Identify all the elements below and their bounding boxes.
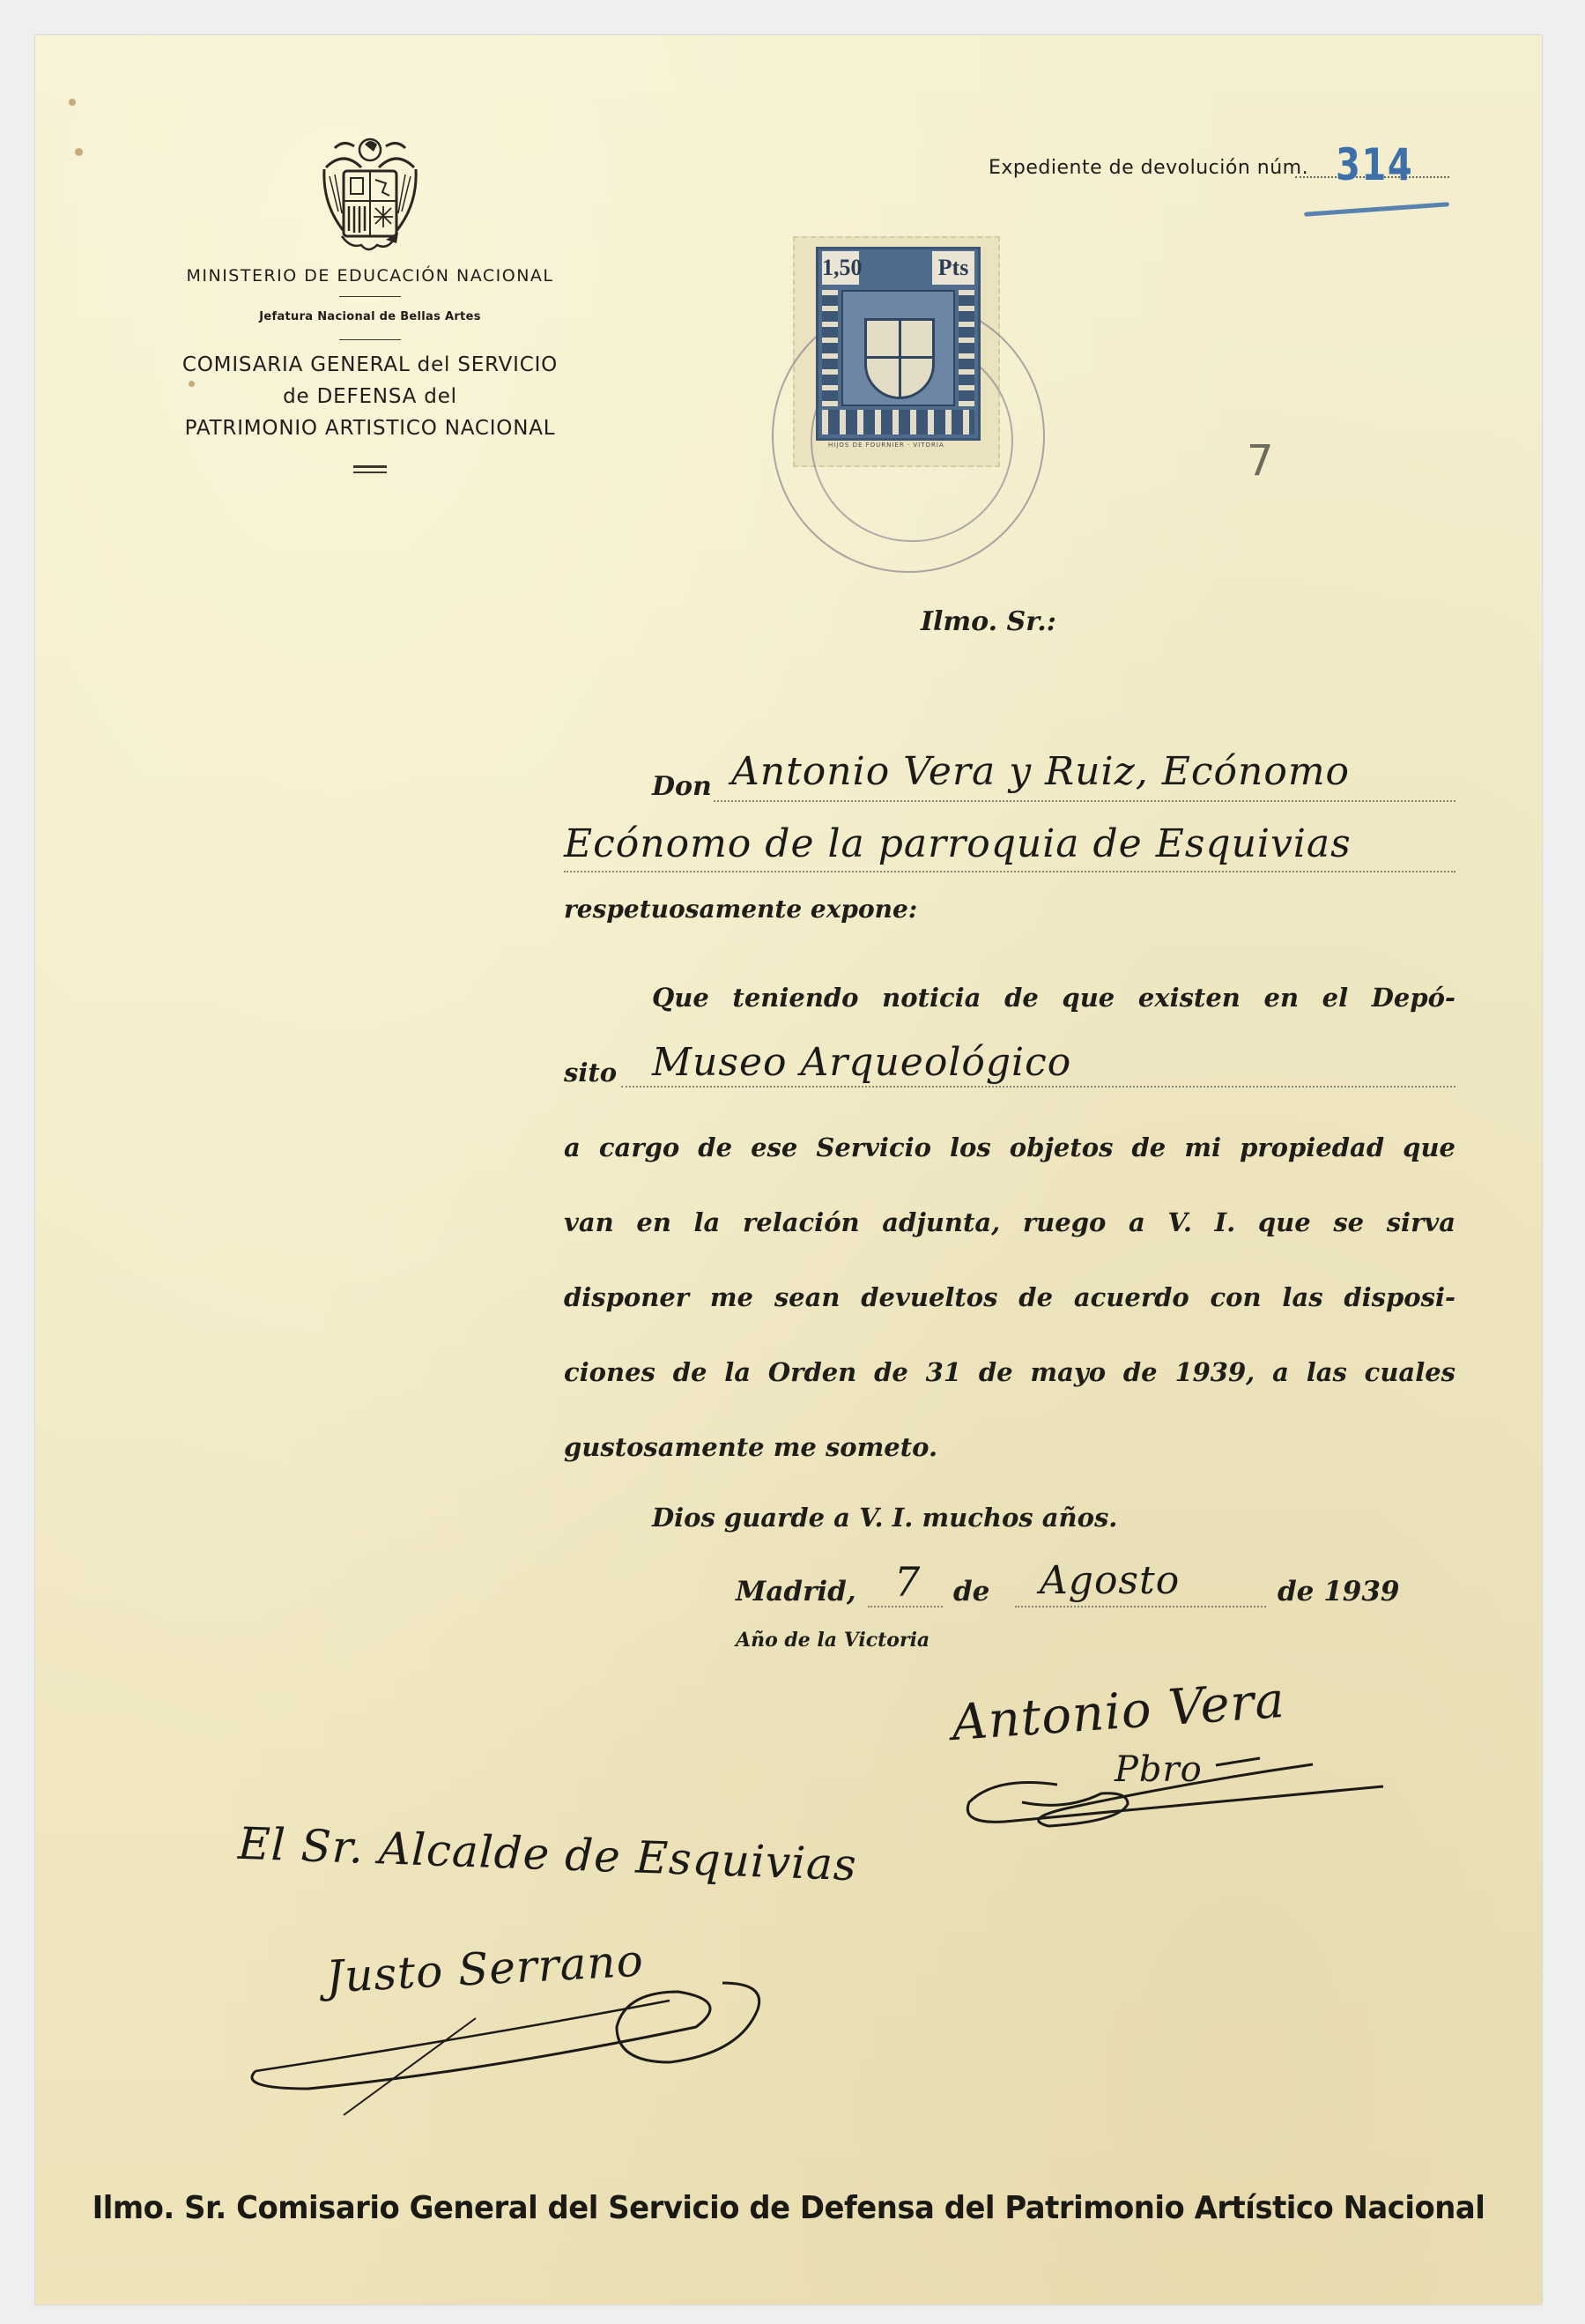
month-handwritten[interactable]: Agosto xyxy=(1040,1558,1180,1603)
blue-underline-mark xyxy=(1304,202,1449,216)
annotation-flourish xyxy=(238,1974,802,2115)
stamp-ornament xyxy=(822,290,838,406)
deposito-field-line xyxy=(621,1086,1455,1088)
date-era: Año de la Victoria xyxy=(736,1629,930,1652)
date-city: Madrid, xyxy=(736,1576,856,1607)
document-page: MINISTERIO DE EDUCACIÓN NACIONAL Jefatur… xyxy=(35,35,1542,2305)
stain xyxy=(75,148,83,156)
comisaria-line-3: PATRIMONIO ARTISTICO NACIONAL xyxy=(159,412,581,444)
stamp-value: 1,50 xyxy=(822,251,859,285)
stamp-ornament xyxy=(959,290,974,406)
paragraph-line-1: Que teniendo noticia de que existen en e… xyxy=(652,983,1455,1013)
letterhead-comisaria: COMISARIA GENERAL del SERVICIO de DEFENS… xyxy=(159,349,581,444)
annotation-addressee: El Sr. Alcalde de Esquivias xyxy=(237,1818,857,1890)
expone-text: respetuosamente expone: xyxy=(564,895,917,924)
shield-icon xyxy=(864,318,935,399)
stamp-printer: HIJOS DE FOURNIER · VITORIA xyxy=(828,442,944,449)
paragraph-line-3: a cargo de ese Servicio los objetos de m… xyxy=(564,1132,1455,1162)
salutation: Ilmo. Sr.: xyxy=(921,606,1056,637)
paragraph-line-6: ciones de la Orden de 31 de mayo de 1939… xyxy=(564,1357,1455,1387)
coat-of-arms-eagle-icon xyxy=(317,132,423,256)
fiscal-stamp: 1,50 Pts xyxy=(816,247,981,441)
stamp-center xyxy=(841,290,955,406)
stamp-ornament xyxy=(822,410,974,434)
closing-formula: Dios guarde a V. I. muchos años. xyxy=(652,1503,1117,1533)
jefatura-name: Jefatura Nacional de Bellas Artes xyxy=(159,310,581,323)
month-field-line xyxy=(1015,1606,1266,1607)
divider xyxy=(339,339,401,340)
day-field-line xyxy=(868,1606,943,1607)
stamp-currency: Pts xyxy=(932,251,974,285)
ministry-name: MINISTERIO DE EDUCACIÓN NACIONAL xyxy=(159,266,581,286)
comisaria-line-2: de DEFENSA del xyxy=(159,381,581,412)
sito-label: sito xyxy=(564,1058,617,1088)
paragraph-line-7: gustosamente me someto. xyxy=(564,1432,1455,1462)
paragraph-line-5: disponer me sean devueltos de acuerdo co… xyxy=(564,1282,1455,1312)
date-year: de 1939 xyxy=(1278,1576,1399,1607)
name-handwritten[interactable]: Antonio Vera y Ruiz, Ecónomo xyxy=(731,749,1350,794)
name-field-line-2 xyxy=(564,871,1455,872)
don-label: Don xyxy=(652,771,712,802)
date-de: de xyxy=(953,1576,989,1607)
letterhead-ministry: MINISTERIO DE EDUCACIÓN NACIONAL xyxy=(159,266,581,286)
divider xyxy=(353,465,387,468)
stain xyxy=(69,99,76,106)
footer-addressee: Ilmo. Sr. Comisario General del Servicio… xyxy=(80,2190,1496,2226)
day-handwritten[interactable]: 7 xyxy=(894,1558,921,1606)
divider xyxy=(339,296,401,297)
expediente-label: Expediente de devolución núm. xyxy=(989,157,1308,179)
expediente-number[interactable]: 314 xyxy=(1336,139,1413,190)
comisaria-line-1: COMISARIA GENERAL del SERVICIO xyxy=(159,349,581,381)
signature-name: Antonio Vera xyxy=(950,1672,1286,1752)
deposito-handwritten[interactable]: Museo Arqueológico xyxy=(652,1040,1071,1085)
pencil-folio-mark: 7 xyxy=(1247,436,1274,486)
name-field-line xyxy=(714,800,1455,802)
letterhead-jefatura: Jefatura Nacional de Bellas Artes xyxy=(159,310,581,323)
parish-handwritten[interactable]: Ecónomo de la parroquia de Esquivias xyxy=(564,821,1352,866)
signature-flourish xyxy=(952,1758,1410,1864)
paragraph-line-4: van en la relación adjunta, ruego a V. I… xyxy=(564,1207,1455,1237)
divider xyxy=(353,471,387,473)
